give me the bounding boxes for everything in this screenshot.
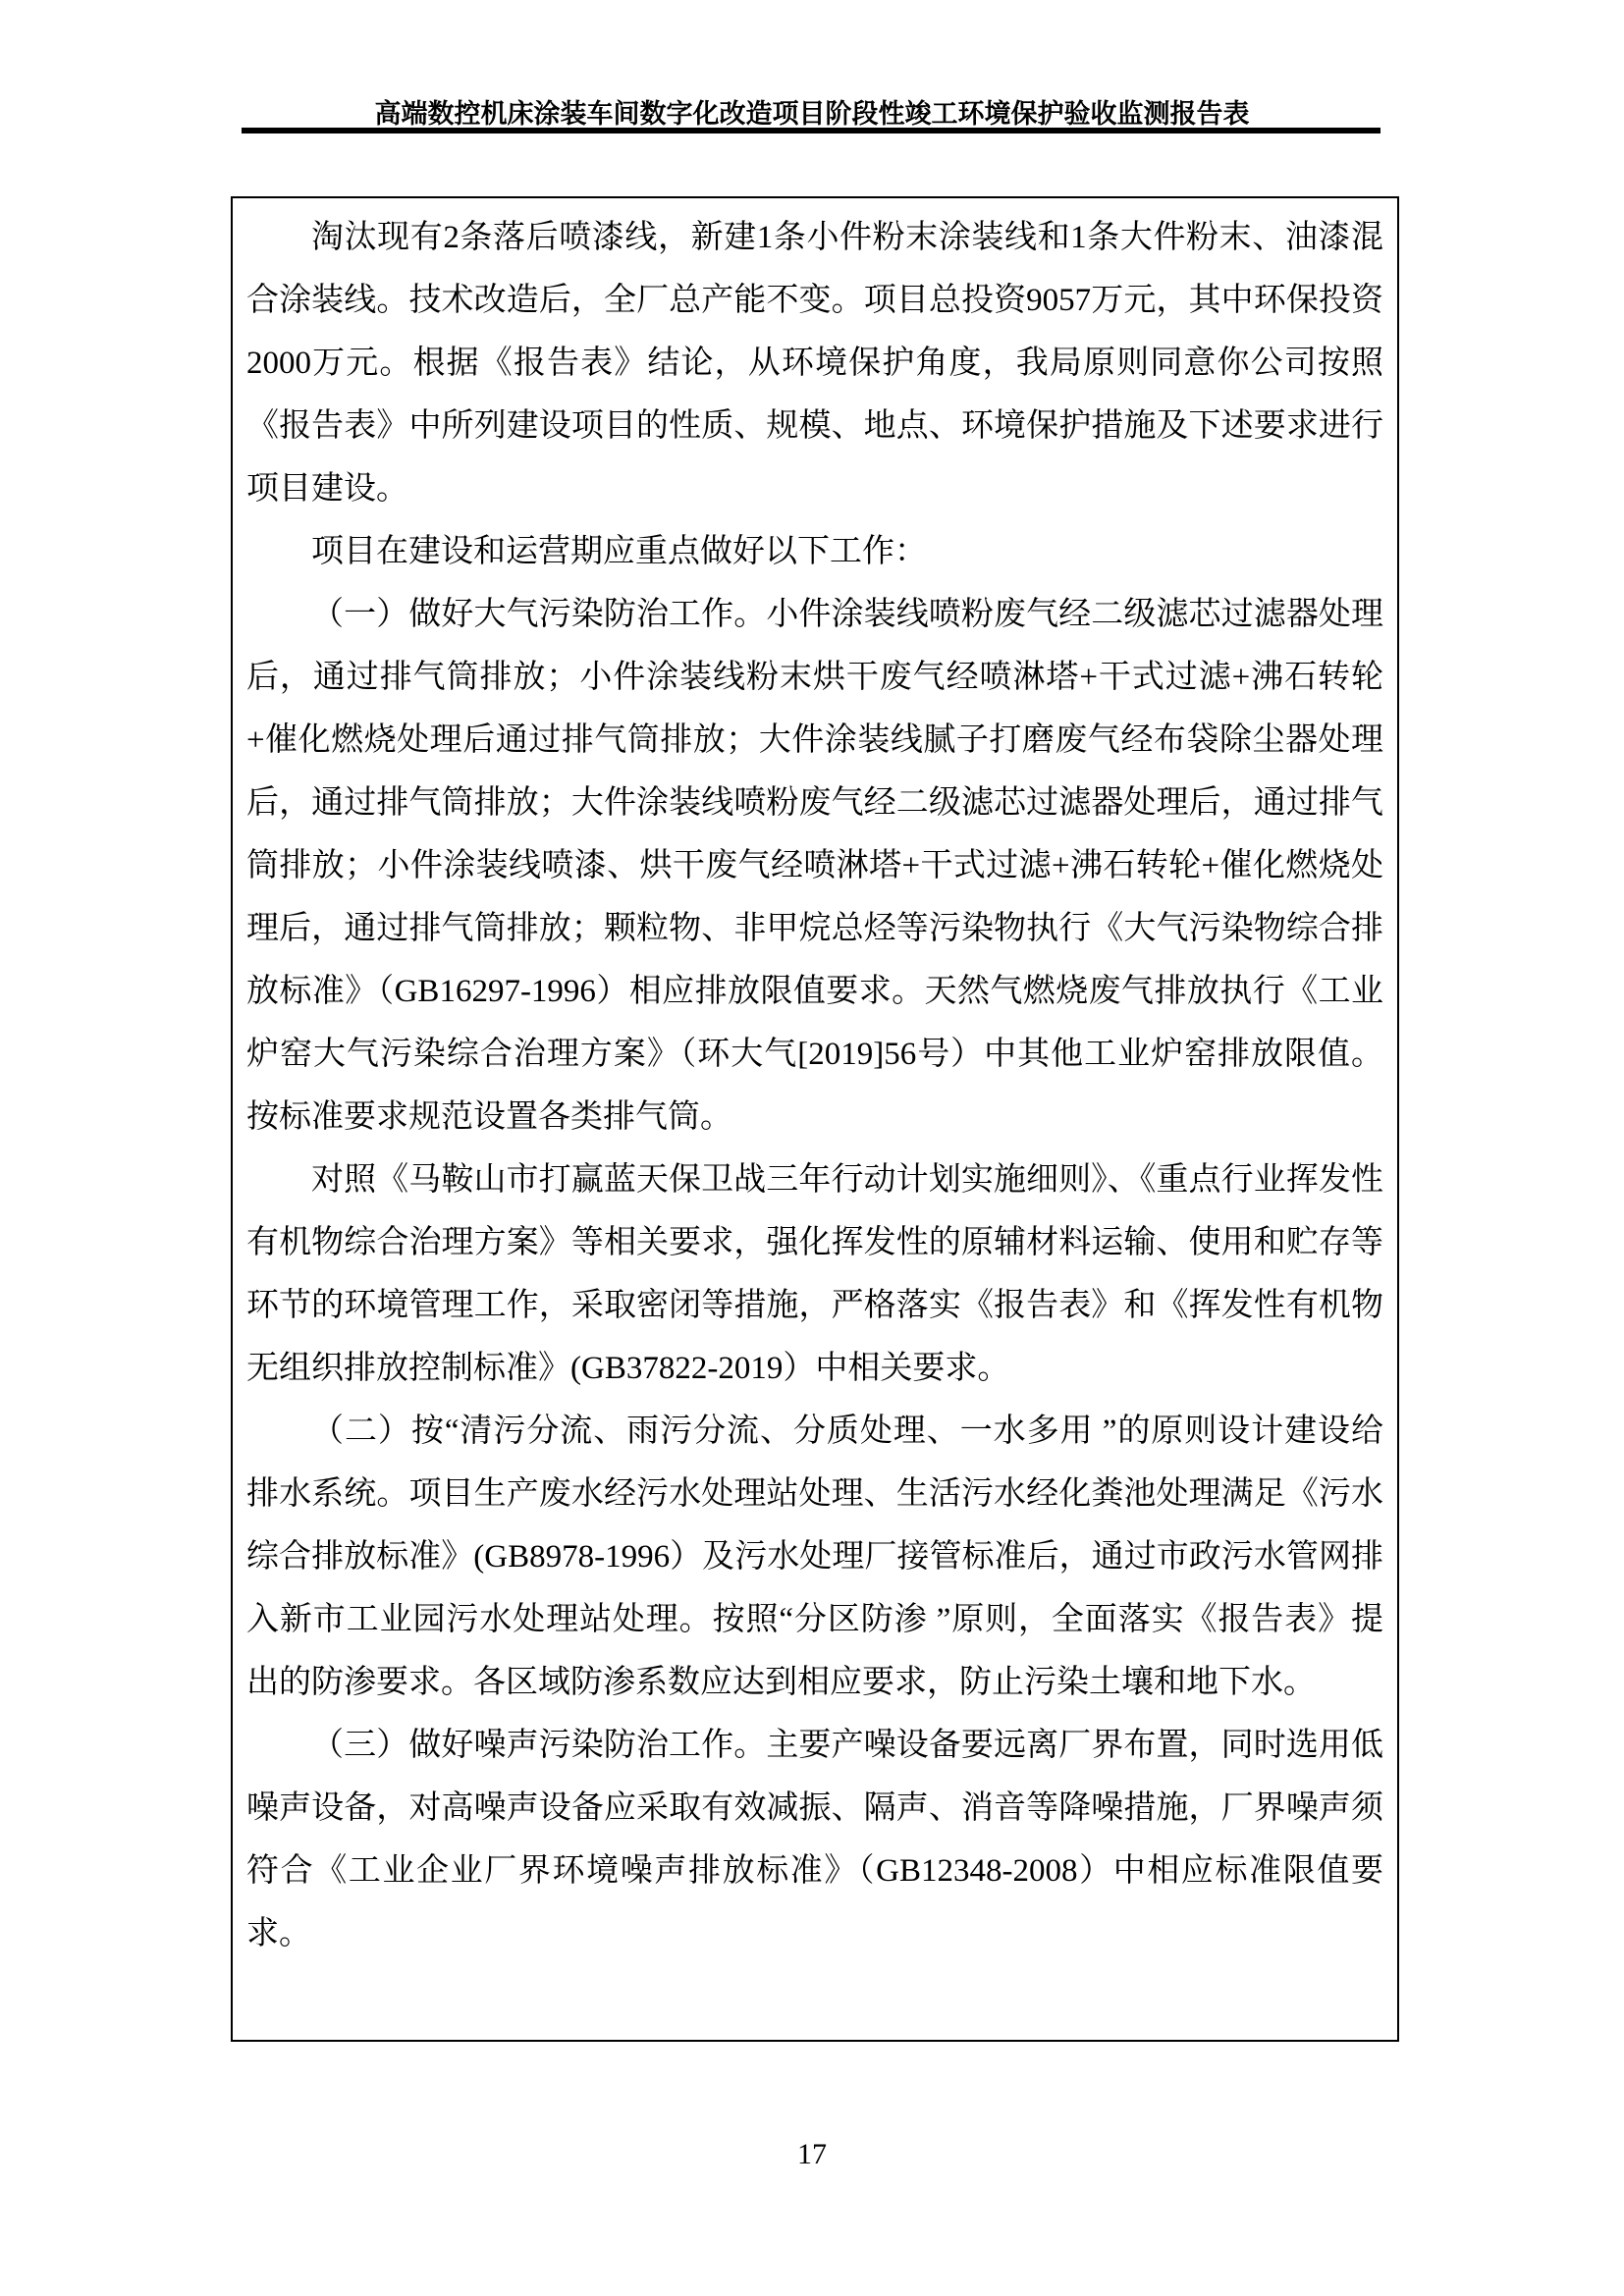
report-page: 高端数控机床涂装车间数字化改造项目阶段性竣工环境保护验收监测报告表 淘汰现有2条…: [0, 0, 1624, 2296]
page-header-title: 高端数控机床涂装车间数字化改造项目阶段性竣工环境保护验收监测报告表: [0, 92, 1624, 131]
paragraph: （二）按“清污分流、雨污分流、分质处理、一水多用 ”的原则设计建设给排水系统。项…: [246, 1400, 1383, 1714]
paragraph: 淘汰现有2条落后喷漆线，新建1条小件粉末涂装线和1条大件粉末、油漆混合涂装线。技…: [246, 206, 1383, 520]
approval-requirements-box: 淘汰现有2条落后喷漆线，新建1条小件粉末涂装线和1条大件粉末、油漆混合涂装线。技…: [231, 196, 1399, 2042]
page-number: 17: [0, 2138, 1624, 2171]
paragraph: （一）做好大气污染防治工作。小件涂装线喷粉废气经二级滤芯过滤器处理后，通过排气筒…: [246, 583, 1383, 1148]
paragraph: （三）做好噪声污染防治工作。主要产噪设备要远离厂界布置，同时选用低噪声设备，对高…: [246, 1714, 1383, 1965]
paragraph: 对照《马鞍山市打赢蓝天保卫战三年行动计划实施细则》、《重点行业挥发性有机物综合治…: [246, 1148, 1383, 1400]
header-rule: [242, 128, 1380, 133]
paragraph: 项目在建设和运营期应重点做好以下工作：: [246, 520, 1383, 583]
